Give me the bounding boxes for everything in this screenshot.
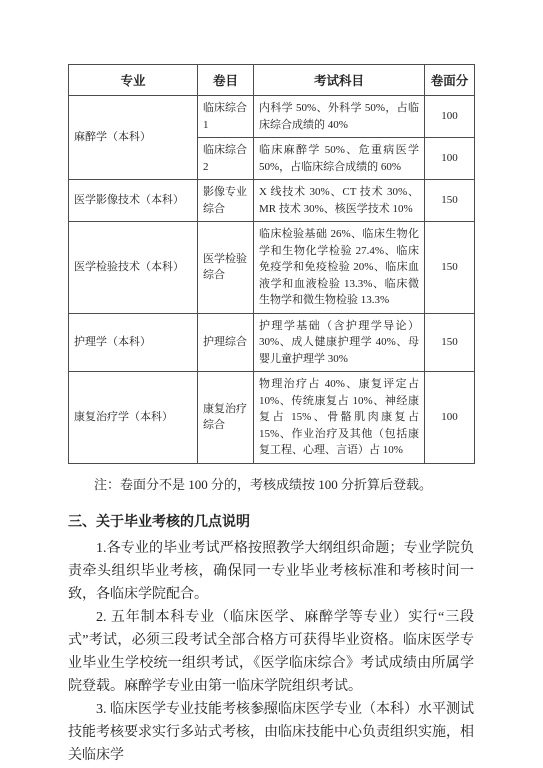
- table-header-row: 专业 卷目 考试科目 卷面分: [69, 65, 475, 96]
- cell-major-nursing: 护理学（本科）: [69, 313, 198, 372]
- cell-subjects: 临床检验基础 26%、临床生物化学和生物化学检验 27.4%、临床免疫学和免疫检…: [254, 222, 425, 314]
- cell-subjects: 护理学基础（含护理学导论）30%、成人健康护理学 40%、母婴儿童护理学 30%: [254, 313, 425, 372]
- table-row: 麻醉学（本科） 临床综合 1 内科学 50%、外科学 50%，占临床综合成绩的 …: [69, 96, 475, 138]
- table-row: 康复治疗学（本科） 康复治疗综合 物理治疗占 40%、康复评定占 10%、传统康…: [69, 372, 475, 464]
- table-row: 医学影像技术（本科） 影像专业综合 X 线技术 30%、CT 技术 30%、MR…: [69, 180, 475, 222]
- cell-score: 100: [425, 96, 475, 138]
- cell-major-rehabilitation: 康复治疗学（本科）: [69, 372, 198, 464]
- cell-major-laboratory: 医学检验技术（本科）: [69, 222, 198, 314]
- column-header-volume: 卷目: [198, 65, 254, 96]
- cell-volume: 医学检验综合: [198, 222, 254, 314]
- exam-subjects-table: 专业 卷目 考试科目 卷面分 麻醉学（本科） 临床综合 1 内科学 50%、外科…: [68, 64, 475, 464]
- document-page: 专业 卷目 考试科目 卷面分 麻醉学（本科） 临床综合 1 内科学 50%、外科…: [68, 64, 474, 768]
- cell-volume: 康复治疗综合: [198, 372, 254, 464]
- cell-score: 150: [425, 222, 475, 314]
- cell-volume: 临床综合 1: [198, 96, 254, 138]
- cell-volume: 护理综合: [198, 313, 254, 372]
- cell-subjects: 内科学 50%、外科学 50%，占临床综合成绩的 40%: [254, 96, 425, 138]
- cell-major-anesthesiology: 麻醉学（本科）: [69, 96, 198, 180]
- cell-volume: 临床综合 2: [198, 138, 254, 180]
- cell-volume: 影像专业综合: [198, 180, 254, 222]
- table-row: 护理学（本科） 护理综合 护理学基础（含护理学导论）30%、成人健康护理学 40…: [69, 313, 475, 372]
- paragraph-2: 2. 五年制本科专业（临床医学、麻醉学等专业）实行“三段式”考试，必须三段考试全…: [68, 607, 474, 699]
- table-row: 医学检验技术（本科） 医学检验综合 临床检验基础 26%、临床生物化学和生物化学…: [69, 222, 475, 314]
- cell-score: 100: [425, 372, 475, 464]
- cell-subjects: 物理治疗占 40%、康复评定占 10%、传统康复占 10%、神经康复占 15%、…: [254, 372, 425, 464]
- cell-score: 100: [425, 138, 475, 180]
- cell-major-imaging: 医学影像技术（本科）: [69, 180, 198, 222]
- cell-subjects: X 线技术 30%、CT 技术 30%、MR 技术 30%、核医学技术 10%: [254, 180, 425, 222]
- page-number: 2 / 3: [0, 705, 530, 715]
- table-note: 注：卷面分不是 100 分的，考核成绩按 100 分折算后登载。: [68, 475, 474, 496]
- column-header-subjects: 考试科目: [254, 65, 425, 96]
- cell-subjects: 临床麻醉学 50%、危重病医学 50%，占临床综合成绩的 60%: [254, 138, 425, 180]
- column-header-major: 专业: [69, 65, 198, 96]
- cell-score: 150: [425, 180, 475, 222]
- column-header-score: 卷面分: [425, 65, 475, 96]
- paragraph-1: 1.各专业的毕业考试严格按照教学大纲组织命题；专业学院负责牵头组织毕业考核，确保…: [68, 538, 474, 607]
- section-heading: 三、关于毕业考核的几点说明: [68, 512, 474, 533]
- cell-score: 150: [425, 313, 475, 372]
